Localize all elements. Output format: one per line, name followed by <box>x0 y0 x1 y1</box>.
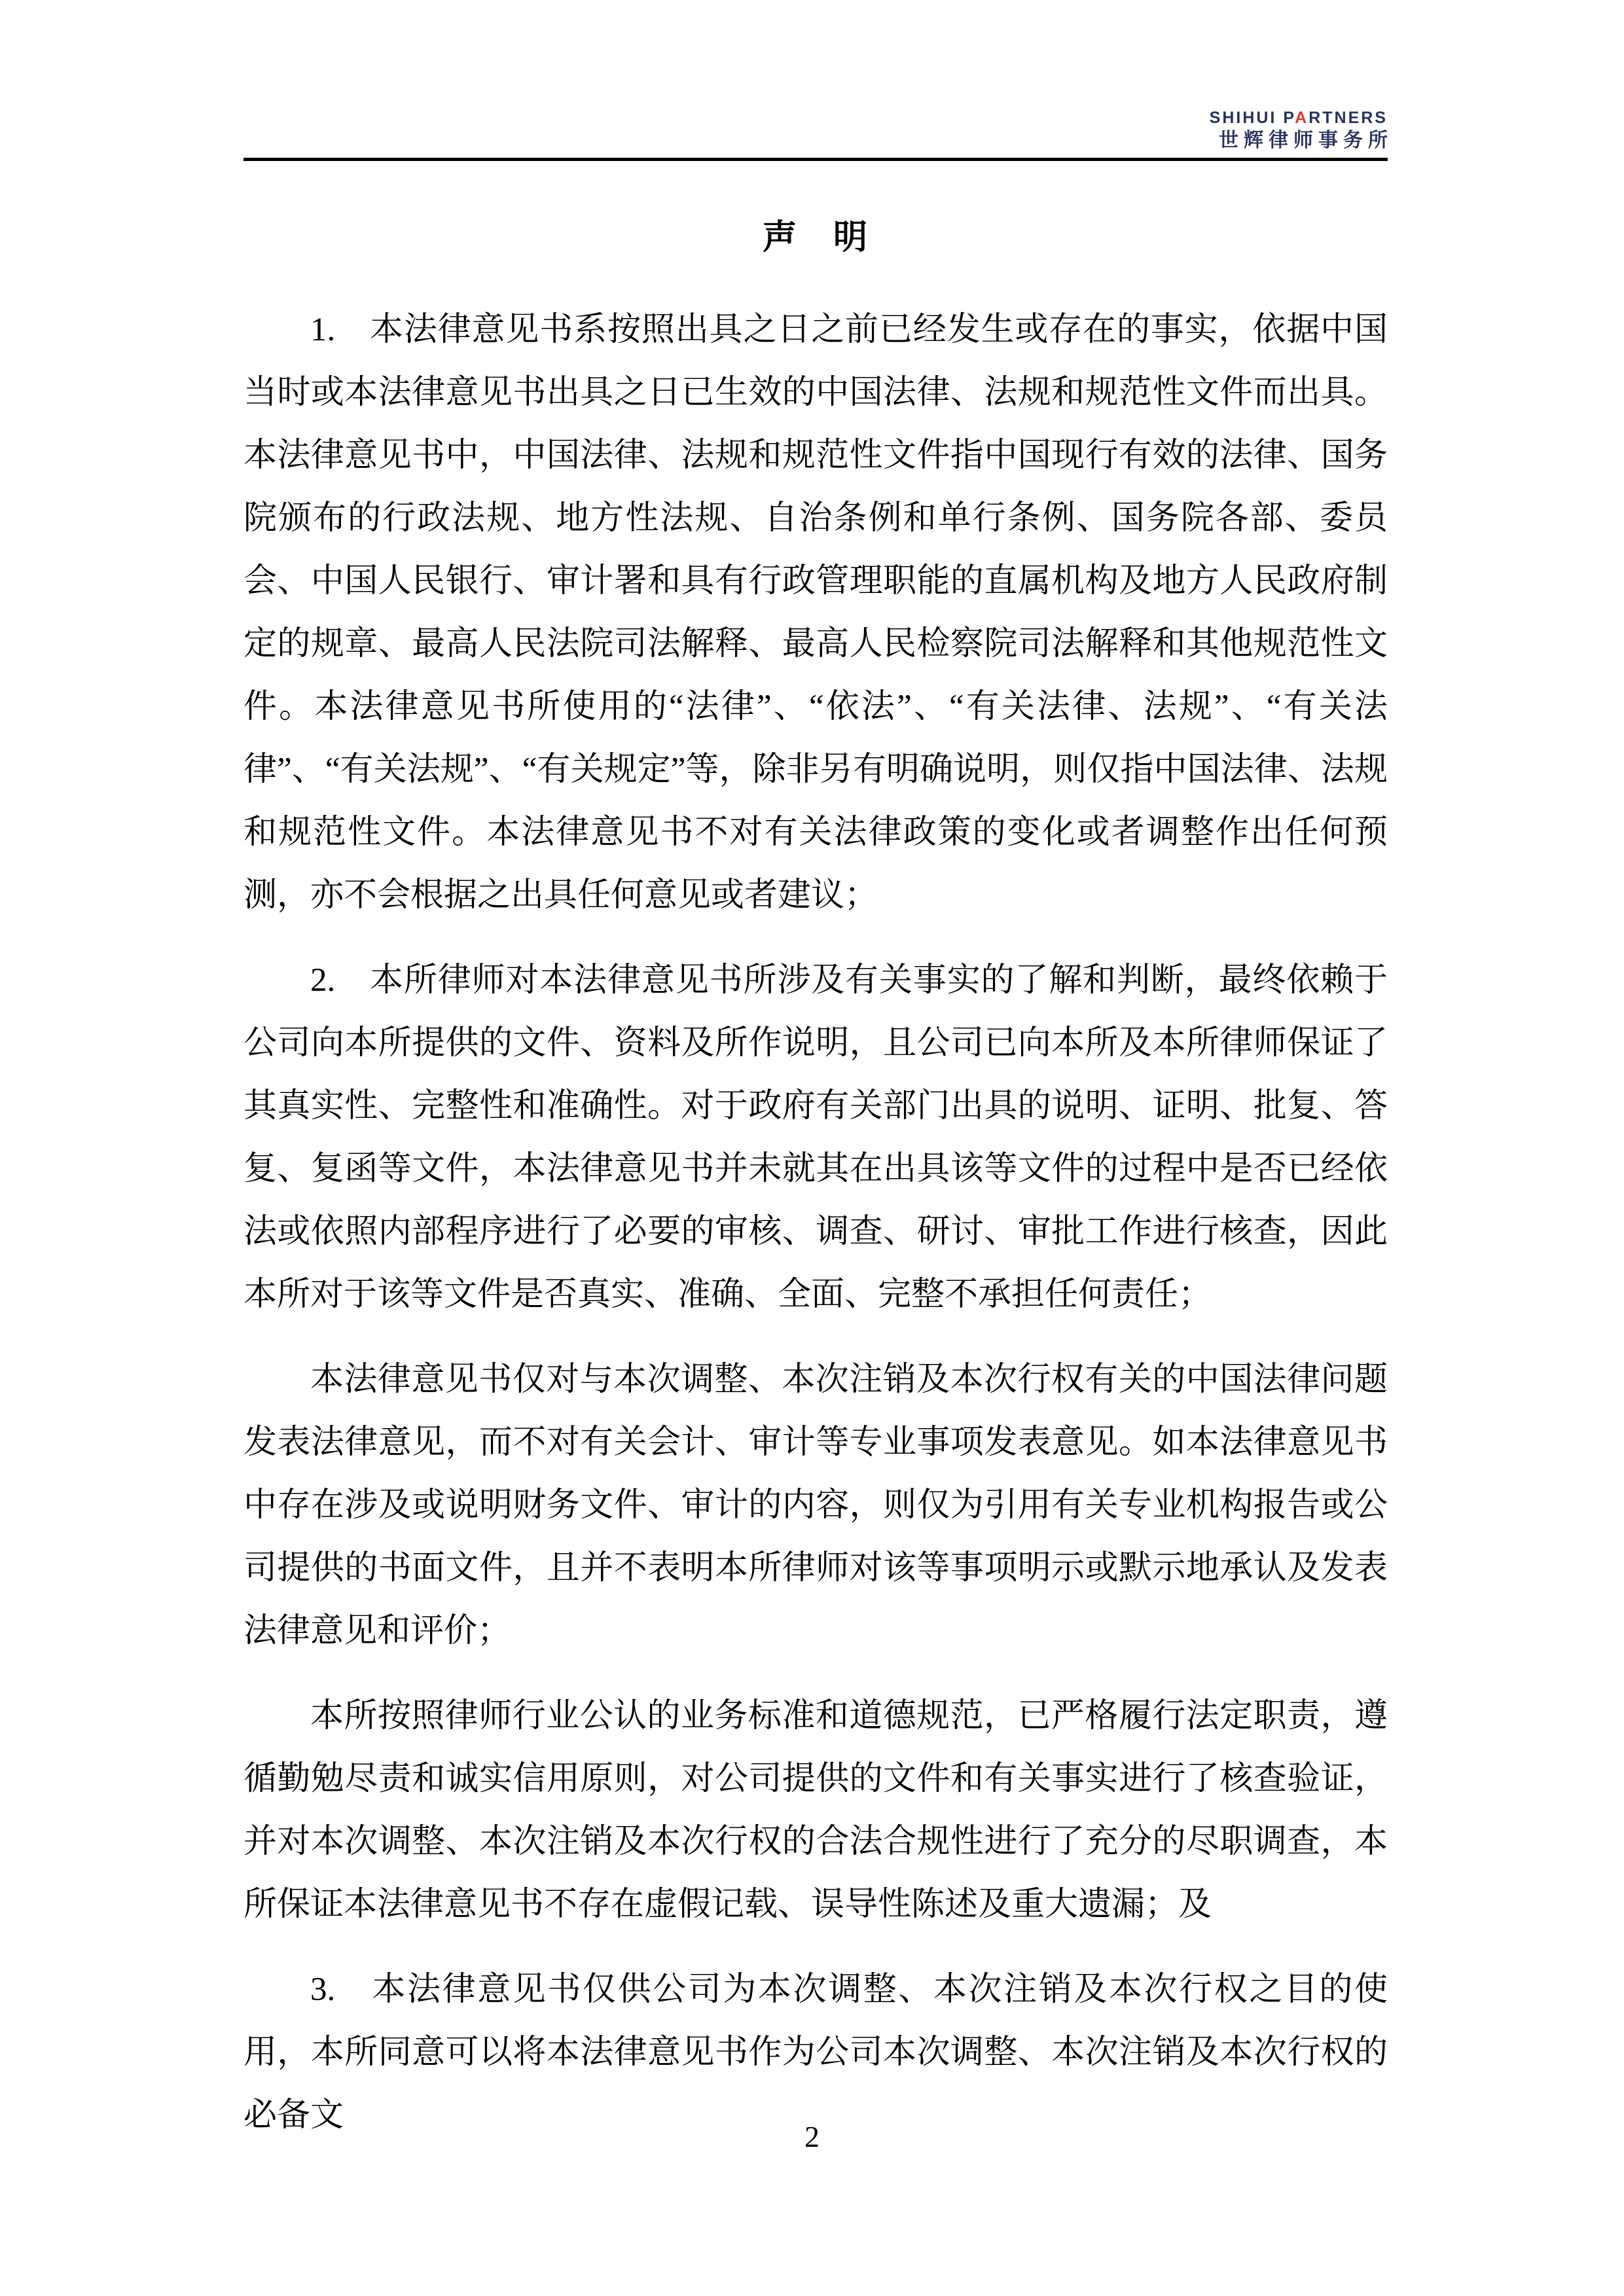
page-header: SHIHUI PARTNERS 世辉律师事务所 <box>244 109 1388 161</box>
page-number: 2 <box>0 2119 1624 2155</box>
logo-chinese-name: 世辉律师事务所 <box>244 129 1393 152</box>
paragraph-5: 3. 本法律意见书仅供公司为本次调整、本次注销及本次行权之目的使用，本所同意可以… <box>244 1958 1388 2147</box>
page-title: 声 明 <box>244 215 1388 262</box>
paragraph-1: 1. 本法律意见书系按照出具之日之前已经发生或存在的事实，依据中国当时或本法律意… <box>244 298 1388 927</box>
paragraph-2: 2. 本所律师对本法律意见书所涉及有关事实的了解和判断，最终依赖于公司向本所提供… <box>244 949 1388 1326</box>
shihui-partners-logo: SHIHUI PARTNERS 世辉律师事务所 <box>244 109 1388 152</box>
legal-opinion-page: SHIHUI PARTNERS 世辉律师事务所 声 明 1. 本法律意见书系按照… <box>0 0 1624 2296</box>
logo-latin-pre: SHIHUI P <box>1210 109 1295 127</box>
document-body: 1. 本法律意见书系按照出具之日之前已经发生或存在的事实，依据中国当时或本法律意… <box>244 298 1388 2147</box>
header-divider-line <box>244 158 1388 161</box>
logo-latin-name: SHIHUI PARTNERS <box>244 109 1388 127</box>
logo-red-letter-a: A <box>1295 109 1308 127</box>
logo-latin-post: RTNERS <box>1308 109 1388 127</box>
paragraph-4: 本所按照律师行业公认的业务标准和道德规范，已严格履行法定职责，遵循勤勉尽责和诚实… <box>244 1685 1388 1936</box>
paragraph-3: 本法律意见书仅对与本次调整、本次注销及本次行权有关的中国法律问题发表法律意见，而… <box>244 1348 1388 1662</box>
